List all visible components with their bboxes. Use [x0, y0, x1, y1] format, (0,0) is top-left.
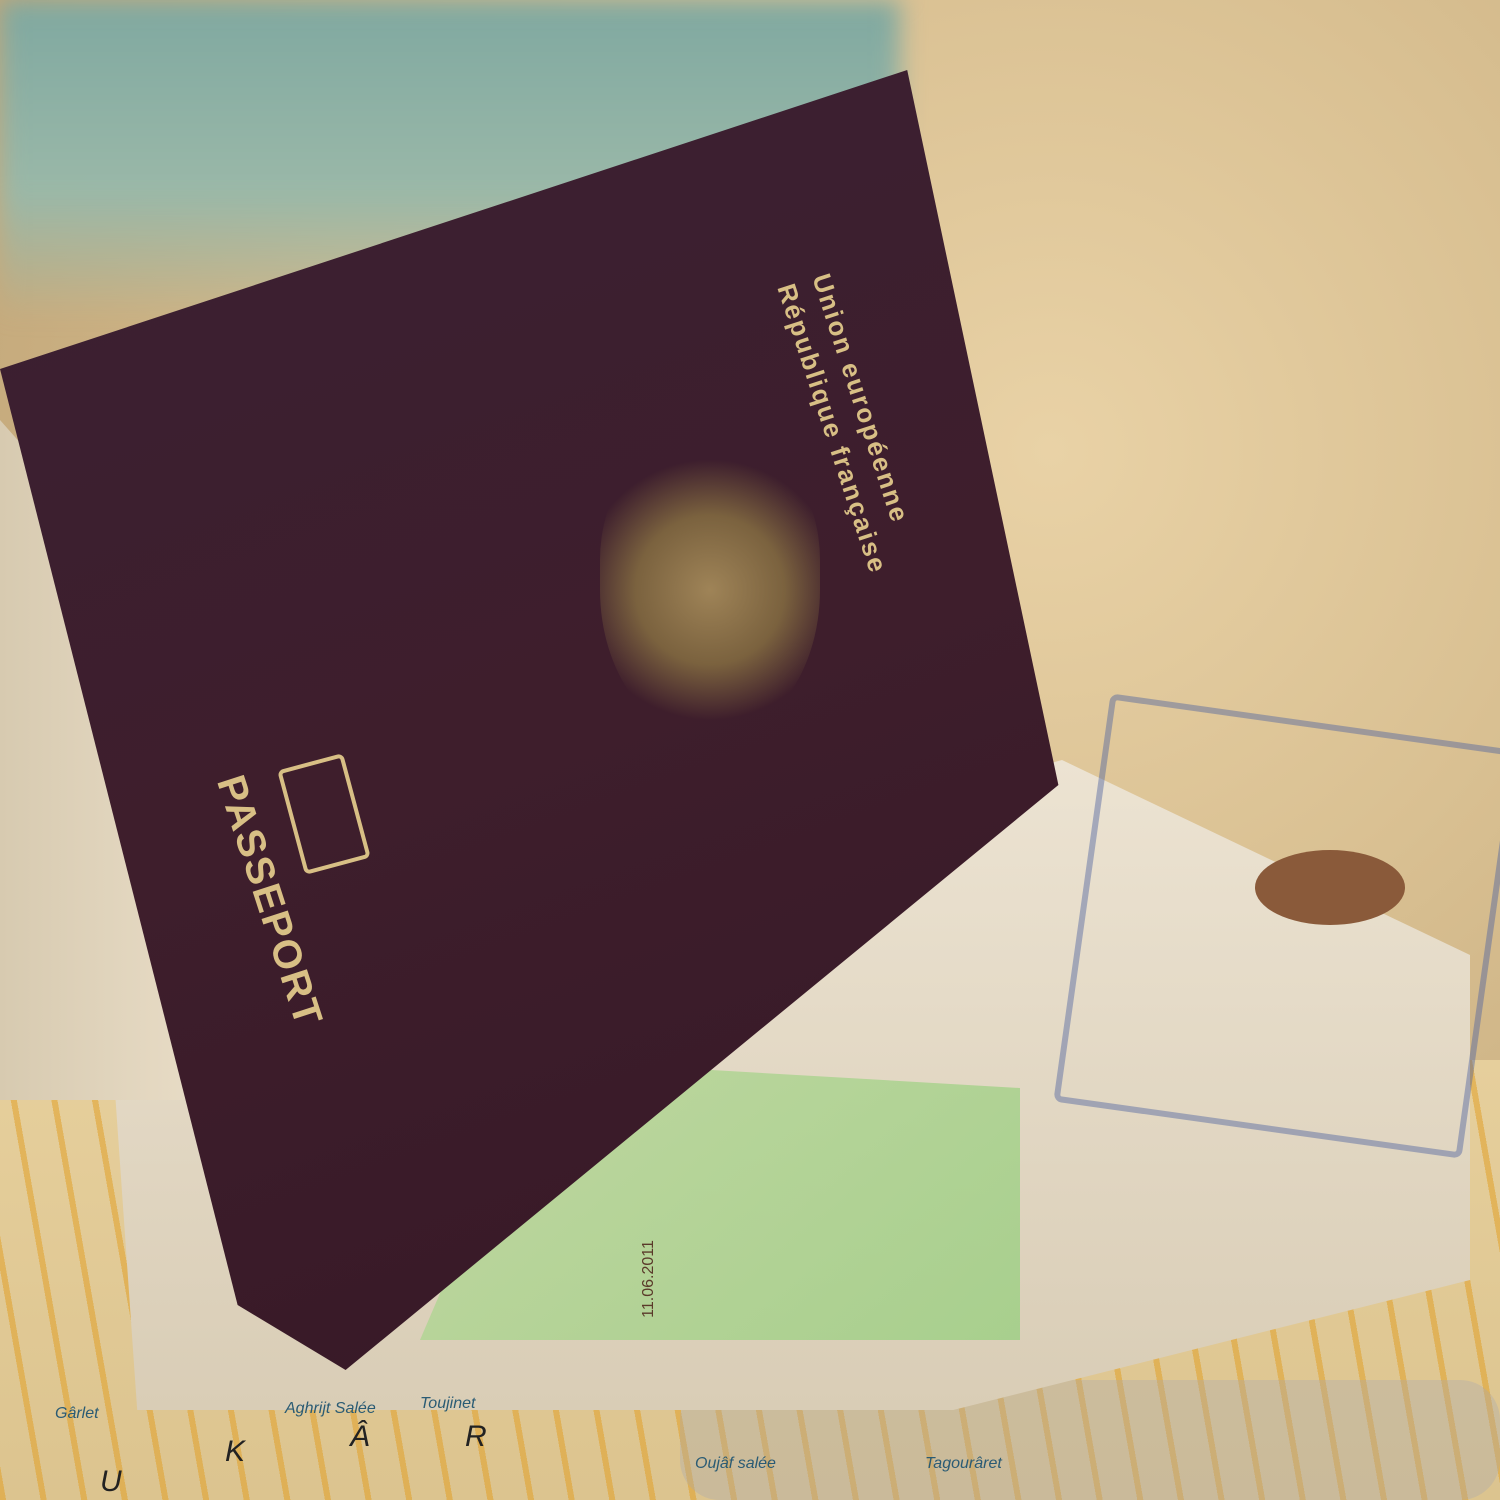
map-label: Tagourâret: [925, 1455, 1002, 1473]
visa-date: 11.06.2011: [640, 1240, 658, 1318]
map-label: Â: [350, 1420, 370, 1454]
map-label: Toujinet: [420, 1395, 475, 1413]
punched-hole: [1255, 850, 1405, 925]
map-label: U: [100, 1465, 122, 1499]
map-label: R: [465, 1420, 487, 1454]
visa-stamp: [1053, 693, 1500, 1158]
map-label: Oujâf salée: [695, 1455, 776, 1473]
map-label: Aghrijt Salée: [285, 1400, 376, 1418]
map-label: Gârlet: [55, 1405, 99, 1423]
map-label: K: [225, 1435, 245, 1469]
coat-of-arms-icon: [600, 440, 820, 740]
